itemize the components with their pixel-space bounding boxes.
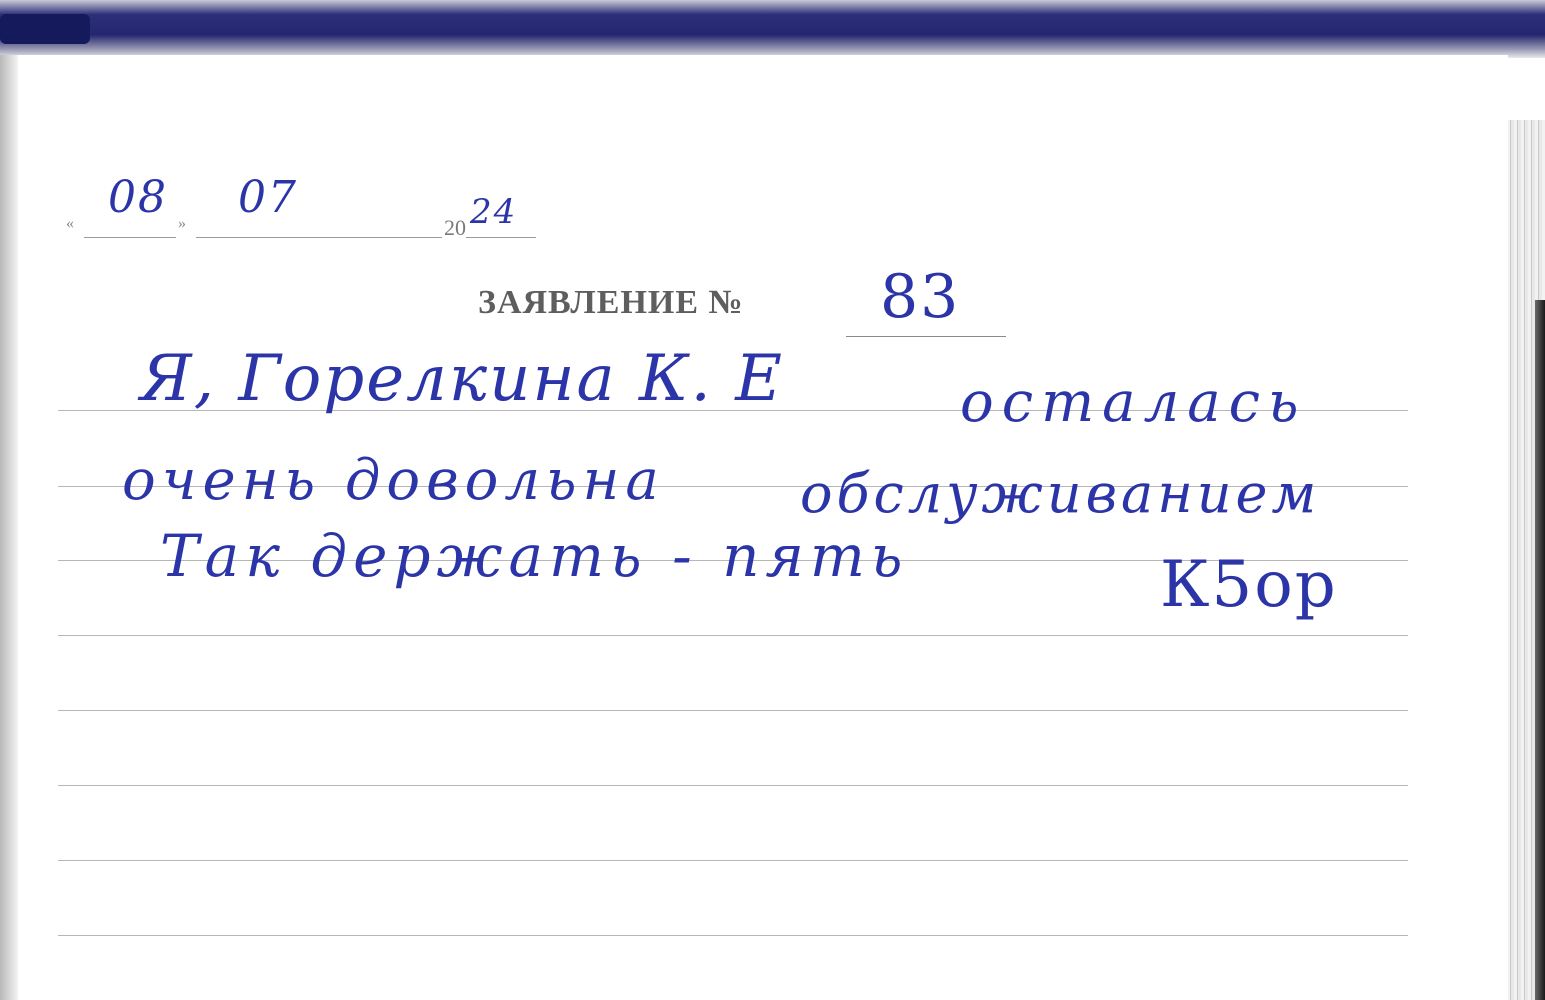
handwritten-month: 07 — [238, 172, 298, 223]
handwritten-signature: К5ор — [1160, 548, 1338, 622]
date-open-quote: « — [66, 215, 74, 233]
title-number-line — [846, 336, 1006, 337]
ruled-line — [58, 635, 1408, 636]
cover-mark — [0, 14, 90, 44]
handwritten-line-3: Так держать - пять — [160, 522, 908, 590]
ruled-line — [58, 785, 1408, 786]
ruled-line — [58, 860, 1408, 861]
document-title: ЗАЯВЛЕНИЕ № — [478, 284, 744, 322]
handwritten-line-1b: осталась — [960, 370, 1306, 435]
page-left-edge — [0, 55, 18, 1000]
handwritten-line-1a: Я, Горелкина К. Е — [140, 342, 784, 416]
handwritten-application-number: 83 — [880, 262, 960, 332]
ruled-line — [58, 710, 1408, 711]
year-line — [466, 237, 536, 238]
handwritten-line-2b: обслуживанием — [800, 462, 1320, 525]
date-close-quote: » — [178, 215, 186, 233]
ruled-line — [58, 935, 1408, 936]
month-line — [196, 237, 442, 238]
handwritten-day: 08 — [108, 172, 168, 223]
notebook-cover-top — [0, 0, 1545, 58]
year-prefix: 20 — [444, 215, 466, 241]
handwritten-year: 24 — [470, 192, 517, 232]
handwritten-line-2a: очень довольна — [122, 448, 665, 513]
day-line — [84, 237, 176, 238]
